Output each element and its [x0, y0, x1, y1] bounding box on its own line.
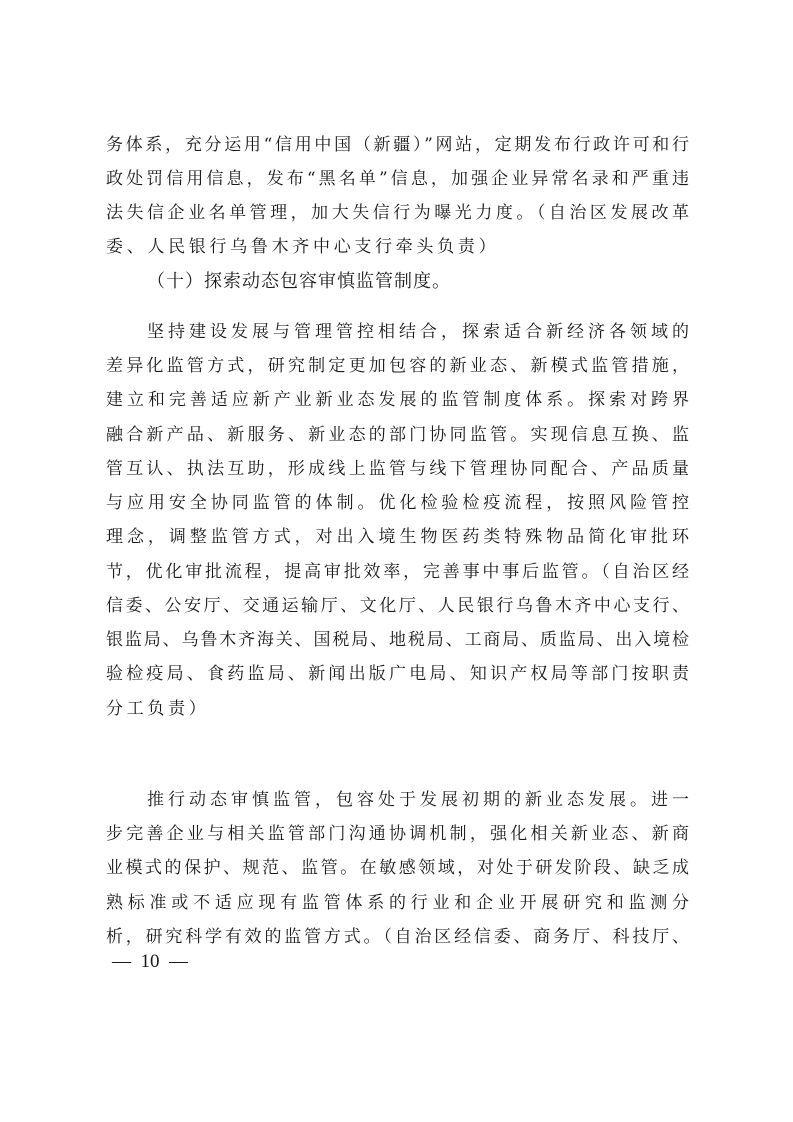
paragraph-line: 推行动态审慎监管，包容处于发展初期的新业态发展。进一 — [147, 783, 689, 817]
paragraph-line: 验检疫局、食药监局、新闻出版广电局、知识产权局等部门按职责 — [106, 657, 689, 691]
paragraph-line: 委、人民银行乌鲁木齐中心支行牵头负责） — [106, 230, 689, 264]
section-heading: （十）探索动态包容审慎监管制度。 — [147, 265, 451, 299]
page-number: — 10 — — [112, 950, 188, 974]
paragraph-line: 法失信企业名单管理，加大失信行为曝光力度。（自治区发展改革 — [106, 196, 689, 230]
paragraph-line: 业模式的保护、规范、监管。在敏感领域，对处于研发阶段、缺乏成 — [106, 851, 689, 885]
paragraph-line: 信委、公安厅、交通运输厅、文化厅、人民银行乌鲁木齐中心支行、 — [106, 589, 689, 623]
paragraph-line: 坚持建设发展与管理管控相结合，探索适合新经济各领域的 — [147, 315, 689, 349]
paragraph-line: 与应用安全协同监管的体制。优化检验检疫流程，按照风险管控 — [106, 486, 689, 520]
paragraph-line: 融合新产品、新服务、新业态的部门协同监管。实现信息互换、监 — [106, 418, 689, 452]
paragraph-line: 分工负责） — [106, 692, 689, 726]
paragraph-line: 务体系，充分运用“信用中国（新疆）”网站，定期发布行政许可和行 — [106, 128, 689, 162]
document-page: 务体系，充分运用“信用中国（新疆）”网站，定期发布行政许可和行 政处罚信用信息，… — [0, 0, 793, 1122]
paragraph-line: 差异化监管方式，研究制定更加包容的新业态、新模式监管措施， — [106, 349, 689, 383]
paragraph-line: 节，优化审批流程，提高审批效率，完善事中事后监管。（自治区经 — [106, 555, 689, 589]
paragraph-line: 管互认、执法互助，形成线上监管与线下管理协同配合、产品质量 — [106, 452, 689, 486]
paragraph-line: 步完善企业与相关监管部门沟通协调机制，强化相关新业态、新商 — [106, 817, 689, 851]
paragraph-line: 理念，调整监管方式，对出入境生物医药类特殊物品简化审批环 — [106, 520, 689, 554]
paragraph-line: 析，研究科学有效的监管方式。（自治区经信委、商务厅、科技厅、 — [106, 920, 689, 954]
paragraph-line: 政处罚信用信息，发布“黑名单”信息，加强企业异常名录和严重违 — [106, 162, 689, 196]
paragraph-line: 熟标准或不适应现有监管体系的行业和企业开展研究和监测分 — [106, 886, 689, 920]
paragraph-line: 建立和完善适应新产业新业态发展的监管制度体系。探索对跨界 — [106, 383, 689, 417]
paragraph-line: 银监局、乌鲁木齐海关、国税局、地税局、工商局、质监局、出入境检 — [106, 623, 689, 657]
